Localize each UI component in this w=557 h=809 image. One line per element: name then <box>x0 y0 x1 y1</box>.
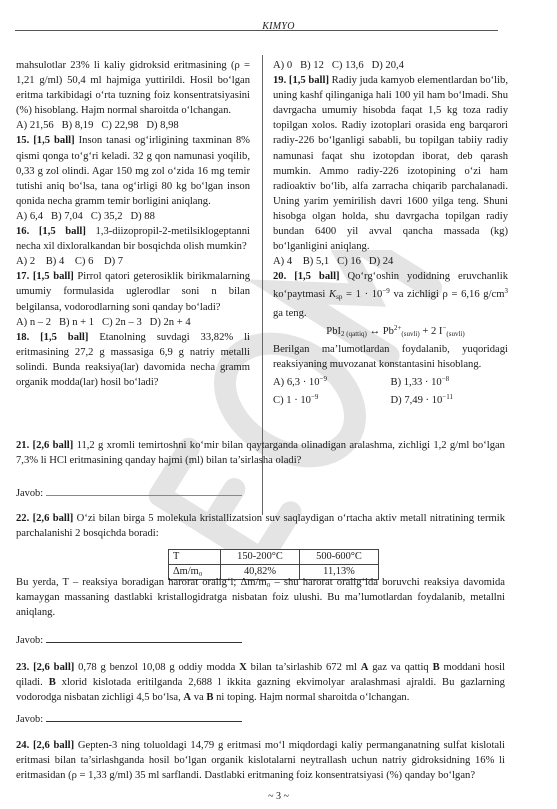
question-number: 21. [2,6 ball] <box>16 440 73 451</box>
question-18-options: A) 0 B) 12 C) 13,6 D) 20,4 <box>273 58 508 73</box>
question-number: 15. [1,5 ball] <box>16 135 75 146</box>
answer-label: Javob: <box>16 488 43 499</box>
question-21: 21. [2,6 ball] 11,2 g xromli temirtoshni… <box>16 438 505 468</box>
option-exp: −9 <box>311 393 318 401</box>
question-18: 18. [1,5 ball] Etanolning suvdagi 33,82%… <box>16 330 250 390</box>
table-cell: T <box>169 550 221 565</box>
question-14-options: A) 21,56 B) 8,19 C) 22,98 D) 8,98 <box>16 118 250 133</box>
page-number: ~ 3 ~ <box>0 789 557 804</box>
question-22-explanation: Bu yerda, T – reaksiya boradigan harorat… <box>16 575 505 620</box>
answer-line[interactable] <box>46 721 242 722</box>
question-number: 23. [2,6 ball] <box>16 662 74 673</box>
ksp-exponent: −9 <box>382 287 389 295</box>
question-number: 20. [1,5 ball] <box>273 271 340 282</box>
substance-x: X <box>239 662 247 673</box>
question-text: Gepten-3 ning toluoldagi 14,79 g eritmas… <box>16 740 505 781</box>
eq-product1: Pb <box>383 326 394 337</box>
eq-product1-sub: (suvli) <box>401 330 419 338</box>
question-text: O‘zi bilan birga 5 molekula kristallizat… <box>16 513 505 539</box>
table-cell: 500-600°C <box>300 550 379 565</box>
reaction-equation: PbI2 (qattiq) ↔ Pb2+(suvli) + 2 I−(suvli… <box>273 321 508 342</box>
question-text: va zichligi ρ = 6,16 g/cm <box>390 289 505 300</box>
question-text: va <box>191 692 206 703</box>
question-text: ga teng. <box>273 308 307 319</box>
question-number: 19. [1,5 ball] <box>273 75 329 86</box>
answer-label: Javob: <box>16 635 43 646</box>
option-exp: −9 <box>320 375 327 383</box>
question-text: 0,78 g benzol 10,08 g oddiy modda <box>74 662 239 673</box>
option-a: A) 6,3 · 10−9 <box>273 372 391 390</box>
question-16: 16. [1,5 ball] 1,3-diizopropil-2-metilsi… <box>16 224 250 254</box>
option-label: D) 7,49 · 10 <box>391 395 443 406</box>
option-exp: −11 <box>442 393 453 401</box>
question-number: 16. [1,5 ball] <box>16 226 86 237</box>
substance-b: B <box>433 662 440 673</box>
eq-reactant: PbI <box>326 326 341 337</box>
question-number: 18. [1,5 ball] <box>16 332 88 343</box>
question-19-options: A) 4 B) 5,1 C) 16 D) 24 <box>273 254 508 269</box>
question-15-options: A) 6,4 B) 7,04 C) 35,2 D) 88 <box>16 209 250 224</box>
table-cell: 150-200°C <box>221 550 300 565</box>
question-24: 24. [2,6 ball] Gepten-3 ning toluoldagi … <box>16 738 505 783</box>
table-row: T 150-200°C 500-600°C <box>169 550 379 565</box>
answer-field-21[interactable]: Javob: <box>16 486 242 501</box>
option-b: B) 1,33 · 10−8 <box>391 372 509 390</box>
question-19: 19. [1,5 ball] Radiy juda kamyob element… <box>273 73 508 254</box>
option-exp: −8 <box>442 375 449 383</box>
substance-a: A <box>183 692 191 703</box>
question-17: 17. [1,5 ball] Pirrol qatori geterosikli… <box>16 269 250 314</box>
question-22: 22. [2,6 ball] O‘zi bilan birga 5 moleku… <box>16 511 505 541</box>
answer-line[interactable] <box>46 495 242 496</box>
question-17-options: A) n – 2 B) n + 1 C) 2n – 3 D) 2n + 4 <box>16 315 250 330</box>
eq-reactant-sub: 2 (qattiq) <box>341 330 367 338</box>
eq-product2-sub: (suvli) <box>446 330 464 338</box>
answer-field-22[interactable]: Javob: <box>16 633 242 648</box>
question-text: bilan ta’sirlashib 672 ml <box>247 662 361 673</box>
question-15: 15. [1,5 ball] Inson tanasi og‘irliginin… <box>16 133 250 208</box>
option-d: D) 7,49 · 10−11 <box>391 390 509 408</box>
eq-product2: + 2 I <box>420 326 443 337</box>
page-header-title: KIMYO <box>0 19 557 34</box>
option-label: B) 1,33 · 10 <box>391 377 442 388</box>
substance-b: B <box>49 677 56 688</box>
left-column: mahsulotlar 23% li kaliy gidroksid eritm… <box>16 58 250 390</box>
eq-arrow: ↔ <box>367 326 383 337</box>
question-text: 11,2 g xromli temirtoshni ko‘mir bilan q… <box>16 440 505 466</box>
question-number: 24. [2,6 ball] <box>16 740 74 751</box>
question-20-prompt: Berilgan ma’lumotlardan foydalanib, yuqo… <box>273 342 508 372</box>
answer-label: Javob: <box>16 714 43 725</box>
question-number: 17. [1,5 ball] <box>16 271 74 282</box>
option-label: C) 1 · 10 <box>273 395 311 406</box>
answer-field-23[interactable]: Javob: <box>16 712 242 727</box>
density-exponent: 3 <box>504 287 508 295</box>
option-c: C) 1 · 10−9 <box>273 390 391 408</box>
question-text: = 1 · 10 <box>342 289 382 300</box>
option-label: A) 6,3 · 10 <box>273 377 320 388</box>
right-column: A) 0 B) 12 C) 13,6 D) 20,4 19. [1,5 ball… <box>273 58 508 408</box>
question-text: Radiy juda kamyob elementlardan bo‘lib, … <box>273 75 508 252</box>
question-20: 20. [1,5 ball] Qo‘rg‘oshin yodidning eru… <box>273 269 508 320</box>
question-16-options: A) 2 B) 4 C) 6 D) 7 <box>16 254 250 269</box>
question-20-options: A) 6,3 · 10−9 B) 1,33 · 10−8 C) 1 · 10−9… <box>273 372 508 408</box>
question-23: 23. [2,6 ball] 0,78 g benzol 10,08 g odd… <box>16 660 505 705</box>
question-text: ni toping. Hajm normal sharoitda o‘lchan… <box>213 692 409 703</box>
header-divider <box>15 30 498 31</box>
question-text: gaz va qattiq <box>368 662 432 673</box>
question-14-continuation: mahsulotlar 23% li kaliy gidroksid eritm… <box>16 58 250 118</box>
question-number: 22. [2,6 ball] <box>16 513 73 524</box>
answer-line[interactable] <box>46 642 242 643</box>
